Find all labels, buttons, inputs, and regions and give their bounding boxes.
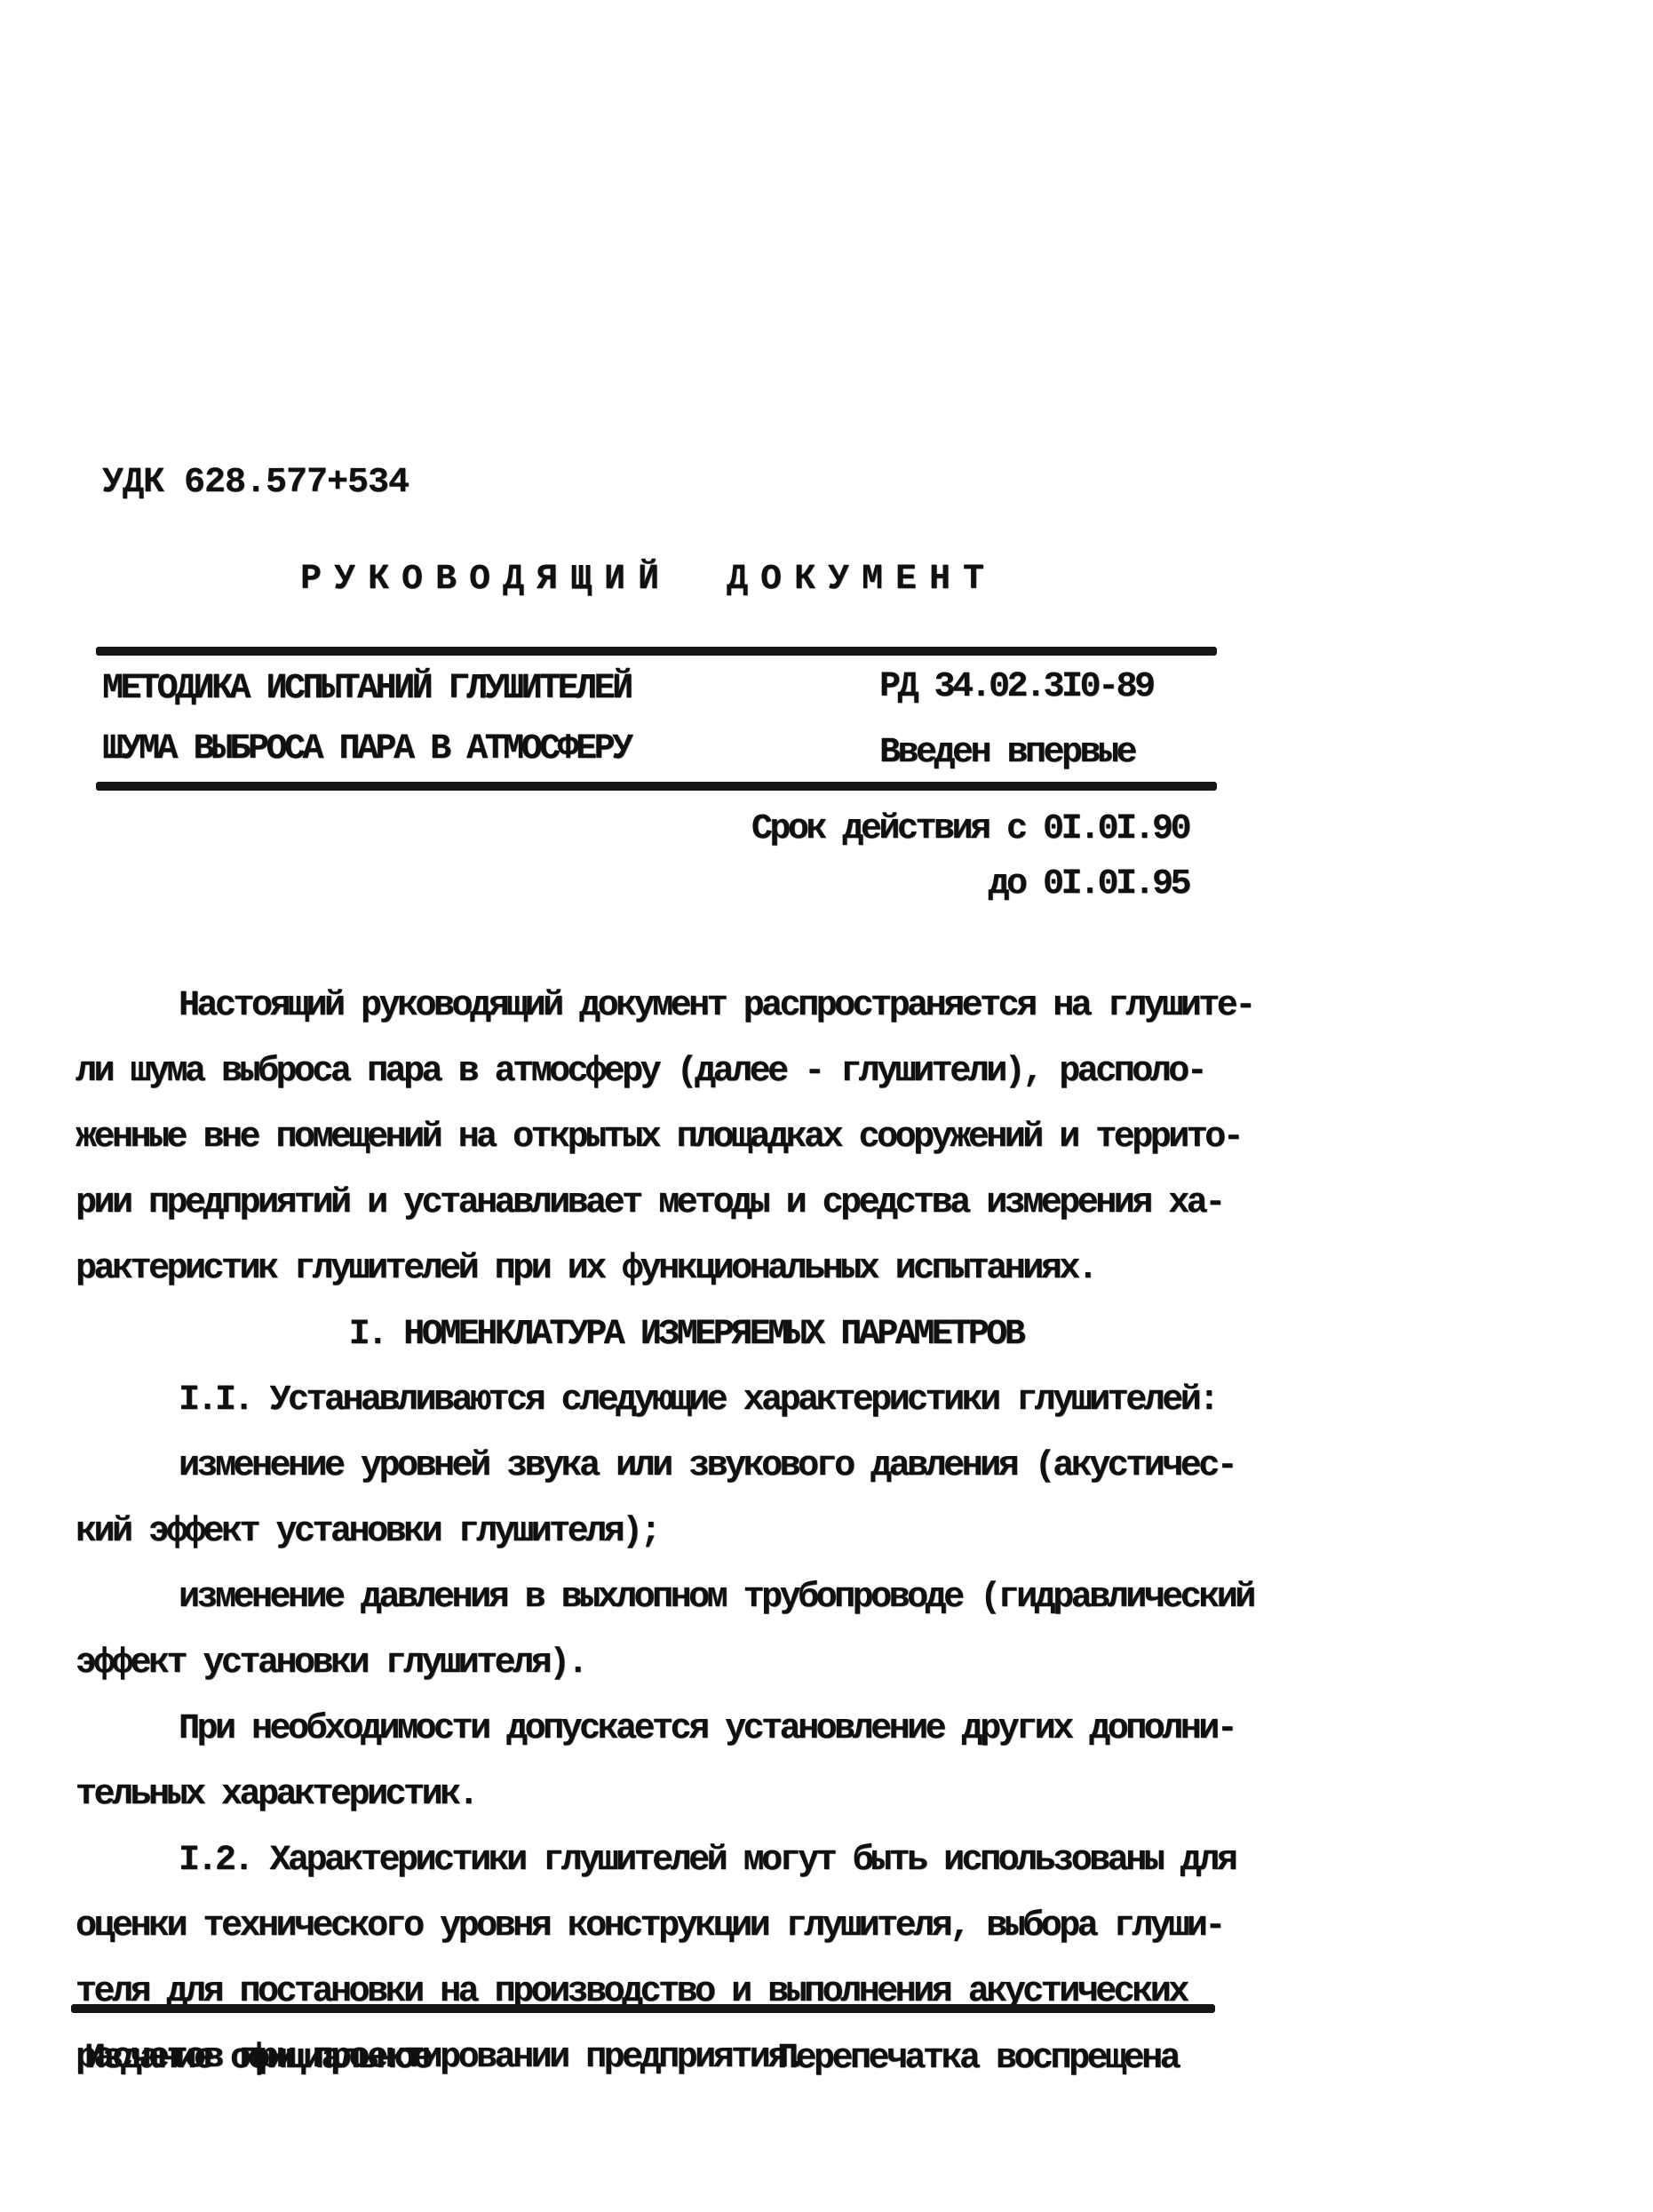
body-line: I.2. Характеристики глушителей могут быт… (75, 1828, 1275, 1894)
separator-rule-top (96, 647, 1217, 656)
udk-code: УДК 628.577+534 (102, 464, 409, 503)
body-line: I.I. Устанавливаются следующие характери… (75, 1368, 1275, 1434)
validity-block: Срок действия с 0I.0I.90 до 0I.0I.95 (744, 802, 1188, 912)
body-line: теля для постановки на производство и вы… (75, 1960, 1275, 2025)
separator-rule-bottom (71, 2004, 1215, 2013)
introduced-note: Введен впервые (879, 734, 1134, 773)
body-line: эффект установки глушителя). (75, 1631, 1275, 1697)
document-title-line-1: МЕТОДИКА ИСПЫТАНИЙ ГЛУШИТЕЛЕЙ (102, 670, 631, 709)
body-line: При необходимости допускается установлен… (75, 1697, 1275, 1762)
body-line: женные вне помещений на открытых площадк… (75, 1105, 1275, 1171)
body-line: рактеристик глушителей при их функционал… (75, 1237, 1275, 1302)
document-type-heading: РУКОВОДЯЩИЙ ДОКУМЕНТ (75, 558, 1221, 602)
document-number: РД 34.02.3I0-89 (879, 668, 1153, 707)
body-line: изменение уровней звука или звукового да… (75, 1434, 1275, 1500)
footer-edition-note: Издание официальное (84, 2040, 431, 2079)
section-heading: I. НОМЕНКЛАТУРА ИЗМЕРЯЕМЫХ ПАРАМЕТРОВ (75, 1302, 1275, 1368)
body-line: изменение давления в выхлопном трубопров… (75, 1565, 1275, 1631)
document-body: Настоящий руководящий документ распростр… (75, 974, 1275, 2091)
body-line: рии предприятий и устанавливает методы и… (75, 1171, 1275, 1237)
validity-from: Срок действия с 0I.0I.90 (744, 802, 1188, 857)
document-page: УДК 628.577+534 РУКОВОДЯЩИЙ ДОКУМЕНТ МЕТ… (0, 0, 1653, 2212)
body-line: Настоящий руководящий документ распростр… (75, 974, 1275, 1039)
body-line: тельных характеристик. (75, 1762, 1275, 1828)
validity-to: до 0I.0I.95 (744, 857, 1188, 912)
body-line: оценки технического уровня конструкции г… (75, 1894, 1275, 1960)
body-line: кий эффект установки глушителя); (75, 1500, 1275, 1565)
body-line: ли шума выброса пара в атмосферу (далее … (75, 1039, 1275, 1105)
footer-reprint-note: Перепечатка воспрещена (777, 2040, 1178, 2079)
document-title-line-2: ШУМА ВЫБРОСА ПАРА В АТМОСФЕРУ (102, 730, 631, 769)
separator-rule-middle (96, 782, 1217, 791)
